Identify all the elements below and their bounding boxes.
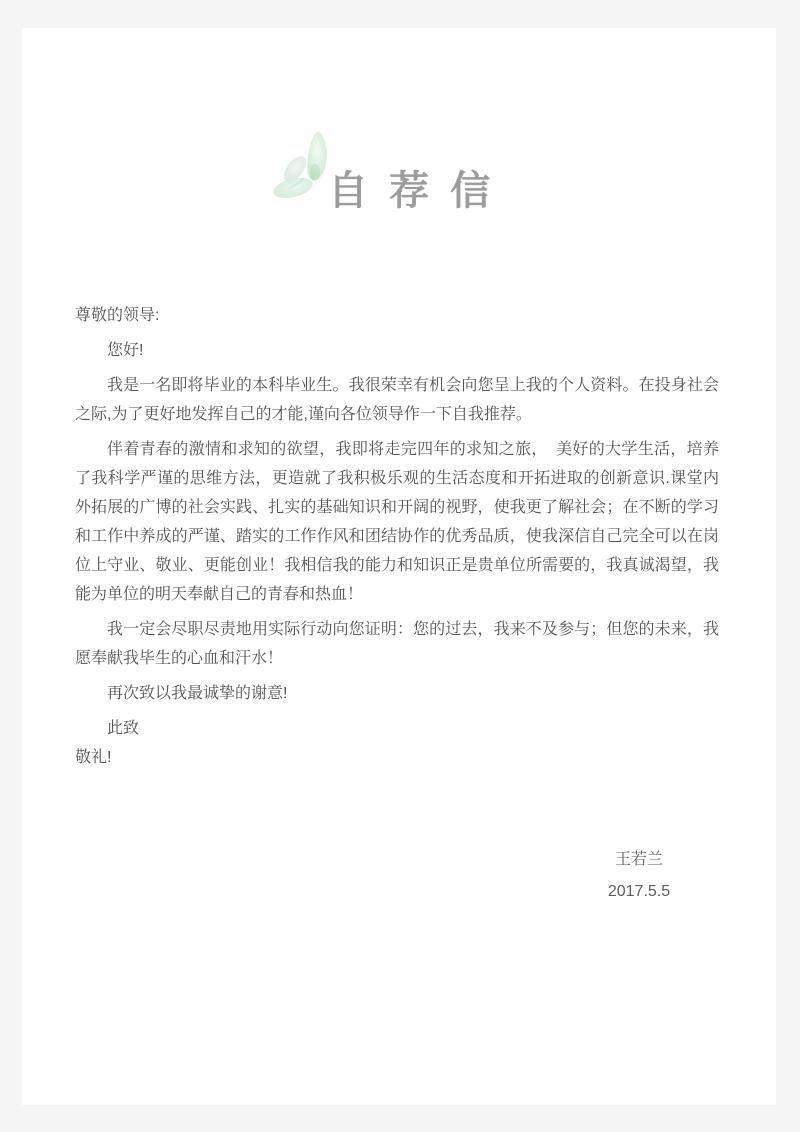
signature-block: 王若兰 2017.5.5	[559, 844, 719, 908]
greeting-line: 您好!	[75, 336, 719, 365]
app-background: 自 荐 信 尊敬的领导: 您好! 我是一名即将毕业的本科毕业生。我很荣幸有机会向…	[0, 0, 800, 1132]
closing-phrase: 此致	[75, 714, 719, 743]
paragraph-experience: 伴着青春的激情和求知的欲望，我即将走完四年的求知之旅， 美好的大学生活，培养了我…	[75, 435, 719, 609]
paragraph-intro: 我是一名即将毕业的本科毕业生。我很荣幸有机会向您呈上我的个人资料。在投身社会之际…	[75, 371, 719, 429]
letter-page: 自 荐 信 尊敬的领导: 您好! 我是一名即将毕业的本科毕业生。我很荣幸有机会向…	[22, 28, 776, 1105]
page-title: 自 荐 信	[328, 171, 495, 211]
letter-body: 尊敬的领导: 您好! 我是一名即将毕业的本科毕业生。我很荣幸有机会向您呈上我的个…	[75, 301, 719, 908]
signature-date: 2017.5.5	[559, 876, 719, 908]
closing-salute: 敬礼!	[75, 743, 719, 772]
paragraph-promise: 我一定会尽职尽责地用实际行动向您证明：您的过去，我来不及参与；但您的未来，我愿奉…	[75, 615, 719, 673]
letter-masthead: 自 荐 信	[268, 126, 548, 236]
thanks-line: 再次致以我最诚挚的谢意!	[75, 679, 719, 708]
signature-name: 王若兰	[559, 844, 719, 876]
salutation: 尊敬的领导:	[75, 301, 719, 330]
